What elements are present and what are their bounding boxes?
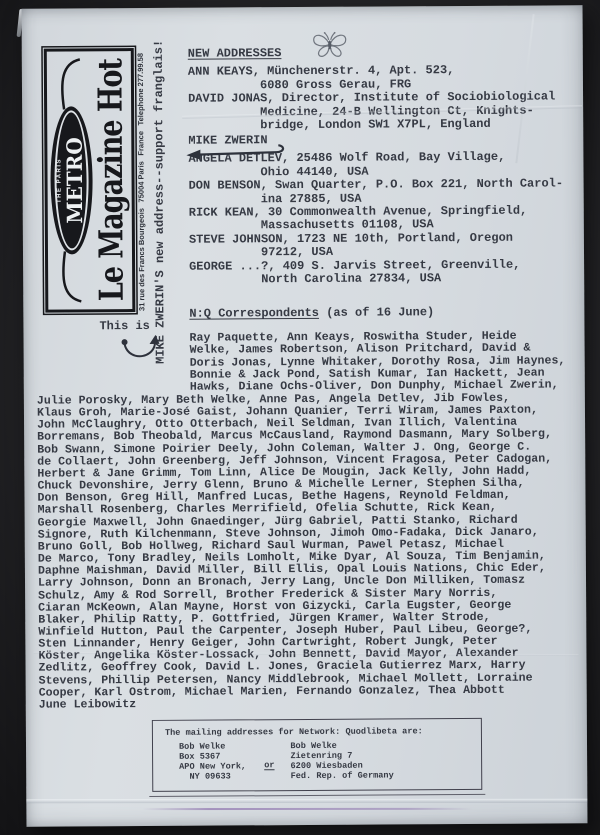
logo-city: 75004 Paris — [136, 161, 145, 202]
correspondents-heading-suffix: (as of 16 June) — [319, 305, 434, 320]
new-addresses-section: NEW ADDRESSES ANN KEAYS, Münchenerstr. 4… — [188, 45, 564, 287]
magazine-title: Le Magazine Hot — [92, 51, 131, 309]
mailing-address-right: Bob Welke Zietenring 7 6200 Wiesbaden Fe… — [290, 740, 393, 781]
logo-frame: THE PARIS METRO Le Magazine Hot — [44, 48, 136, 313]
correspondents-column-lines: Ray Paquette, Ann Keays, Roswitha Studer… — [189, 330, 565, 394]
new-addresses-heading-text: NEW ADDRESSES — [188, 46, 282, 61]
mailing-box-or: or — [264, 760, 274, 781]
logo-address-line: 31 rue des Francs Bourgeois 75004 Paris … — [136, 53, 147, 311]
purple-ink-line — [142, 808, 472, 810]
mailing-address-left: Bob Welke Box 5367 APO New York, NY 0963… — [179, 741, 246, 781]
metro-emblem: THE PARIS METRO — [50, 106, 93, 254]
side-note: MIKE ZWERIN'S new address--support frang… — [152, 32, 168, 364]
logo-street: 31 rue des Francs Bourgeois — [137, 208, 147, 311]
mailing-box-title: The mailing addresses for Network: Quodl… — [165, 726, 471, 738]
address-rows-before: ANN KEAYS, Münchenerstr. 4, Apt. 523, 60… — [188, 64, 563, 133]
new-addresses-heading: NEW ADDRESSES — [188, 45, 563, 61]
address-line: DON BENSON, Swan Quarter, P.O. Box 221, … — [189, 178, 564, 194]
correspondents-full-lines: Julie Porosky, Mary Beth Welke, Anne Pas… — [37, 392, 554, 711]
paper-fold — [26, 799, 587, 803]
scanned-page: THE PARIS METRO Le Magazine Hot 31 rue d… — [22, 5, 588, 826]
correspondent-line: June Leibowitz — [39, 696, 554, 711]
side-note-wrap: MIKE ZWERIN'S new address--support frang… — [152, 32, 170, 366]
mailing-address-box: The mailing addresses for Network: Quodl… — [152, 718, 482, 792]
photo-background: THE PARIS METRO Le Magazine Hot 31 rue d… — [0, 0, 600, 835]
logo-country: France — [136, 131, 145, 156]
correspondents-heading: N:Q Correspondents (as of 16 June) — [189, 305, 434, 320]
correspondents-heading-text: N:Q Correspondents — [189, 306, 319, 321]
address-line: North Carolina 27834, USA — [189, 272, 564, 288]
mike-zwerin-row: MIKE ZWERIN — [188, 133, 563, 153]
left-arrow-icon — [184, 143, 288, 162]
this-is-label: This is — [99, 319, 150, 333]
address-rows-after: ANGELA DETLEV, 25486 Wolf Road, Bay Vill… — [188, 151, 563, 287]
metro-label: METRO — [62, 106, 88, 254]
address-line: bridge, London SW1 X7PL, England — [188, 117, 563, 133]
magazine-logo: THE PARIS METRO Le Magazine Hot 31 rue d… — [42, 46, 156, 315]
address-line: STEVE JOHNSON, 1723 NE 10th, Portland, O… — [189, 231, 564, 247]
logo-phone: Telephone 277.99.58 — [136, 53, 145, 125]
curved-arrow-icon — [120, 335, 164, 361]
mailing-box-columns: Bob Welke Box 5367 APO New York, NY 0963… — [165, 740, 471, 782]
